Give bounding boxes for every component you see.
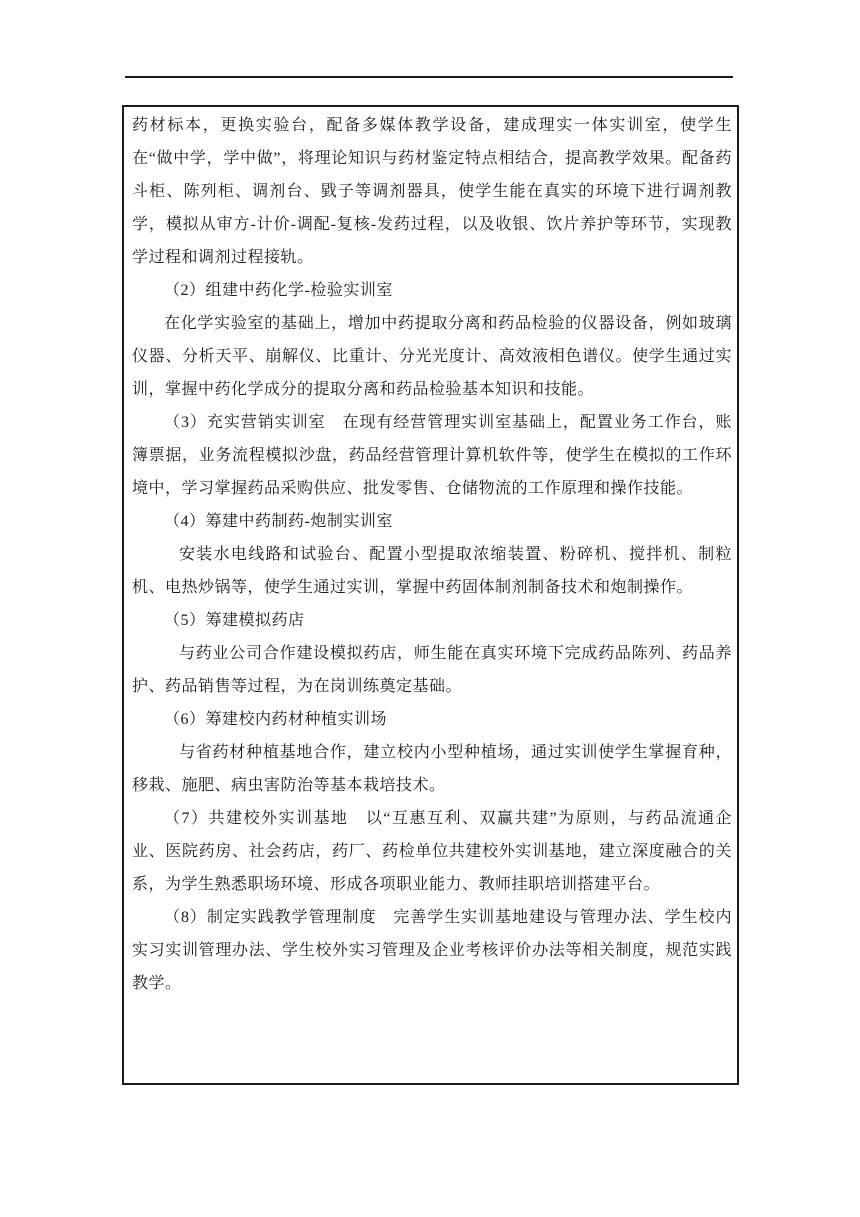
paragraph-item-2-body: 在化学实验室的基础上，增加中药提取分离和药品检验的仪器设备，例如玻璃仪器、分析天… (132, 307, 732, 406)
paragraph-item-8: （8）制定实践教学管理制度 完善学生实训基地建设与管理办法、学生校内实习实训管理… (132, 901, 732, 1000)
paragraph-item-4-heading: （4）筹建中药制药-炮制实训室 (132, 505, 732, 538)
document-table-cell: 药材标本，更换实验台，配备多媒体教学设备，建成理实一体实训室，使学生在“做中学，… (124, 107, 737, 1000)
paragraph-item-5-heading: （5）筹建模拟药店 (132, 604, 732, 637)
paragraph-continuation: 药材标本，更换实验台，配备多媒体教学设备，建成理实一体实训室，使学生在“做中学，… (132, 109, 732, 274)
paragraph-item-6-heading: （6）筹建校内药材种植实训场 (132, 703, 732, 736)
paragraph-item-5-body: 与药业公司合作建设模拟药店，师生能在真实环境下完成药品陈列、药品养护、药品销售等… (132, 637, 732, 703)
document-page: { "page": { "background": "#ffffff", "te… (0, 0, 860, 1217)
page-header-rule (125, 76, 733, 78)
paragraph-item-2-heading: （2）组建中药化学-检验实训室 (132, 274, 732, 307)
paragraph-item-6-body: 与省药材种植基地合作，建立校内小型种植场，通过实训使学生掌握育种，移栽、施肥、病… (132, 736, 732, 802)
paragraph-item-4-body: 安装水电线路和试验台、配置小型提取浓缩装置、粉碎机、搅拌机、制粒机、电热炒锅等，… (132, 538, 732, 604)
paragraph-item-3: （3）充实营销实训室 在现有经营管理实训室基础上，配置业务工作台，账簿票据，业务… (132, 406, 732, 505)
document-table-border: 药材标本，更换实验台，配备多媒体教学设备，建成理实一体实训室，使学生在“做中学，… (122, 105, 739, 1085)
paragraph-item-7: （7）共建校外实训基地 以“互惠互利、双赢共建”为原则，与药品流通企业、医院药房… (132, 802, 732, 901)
